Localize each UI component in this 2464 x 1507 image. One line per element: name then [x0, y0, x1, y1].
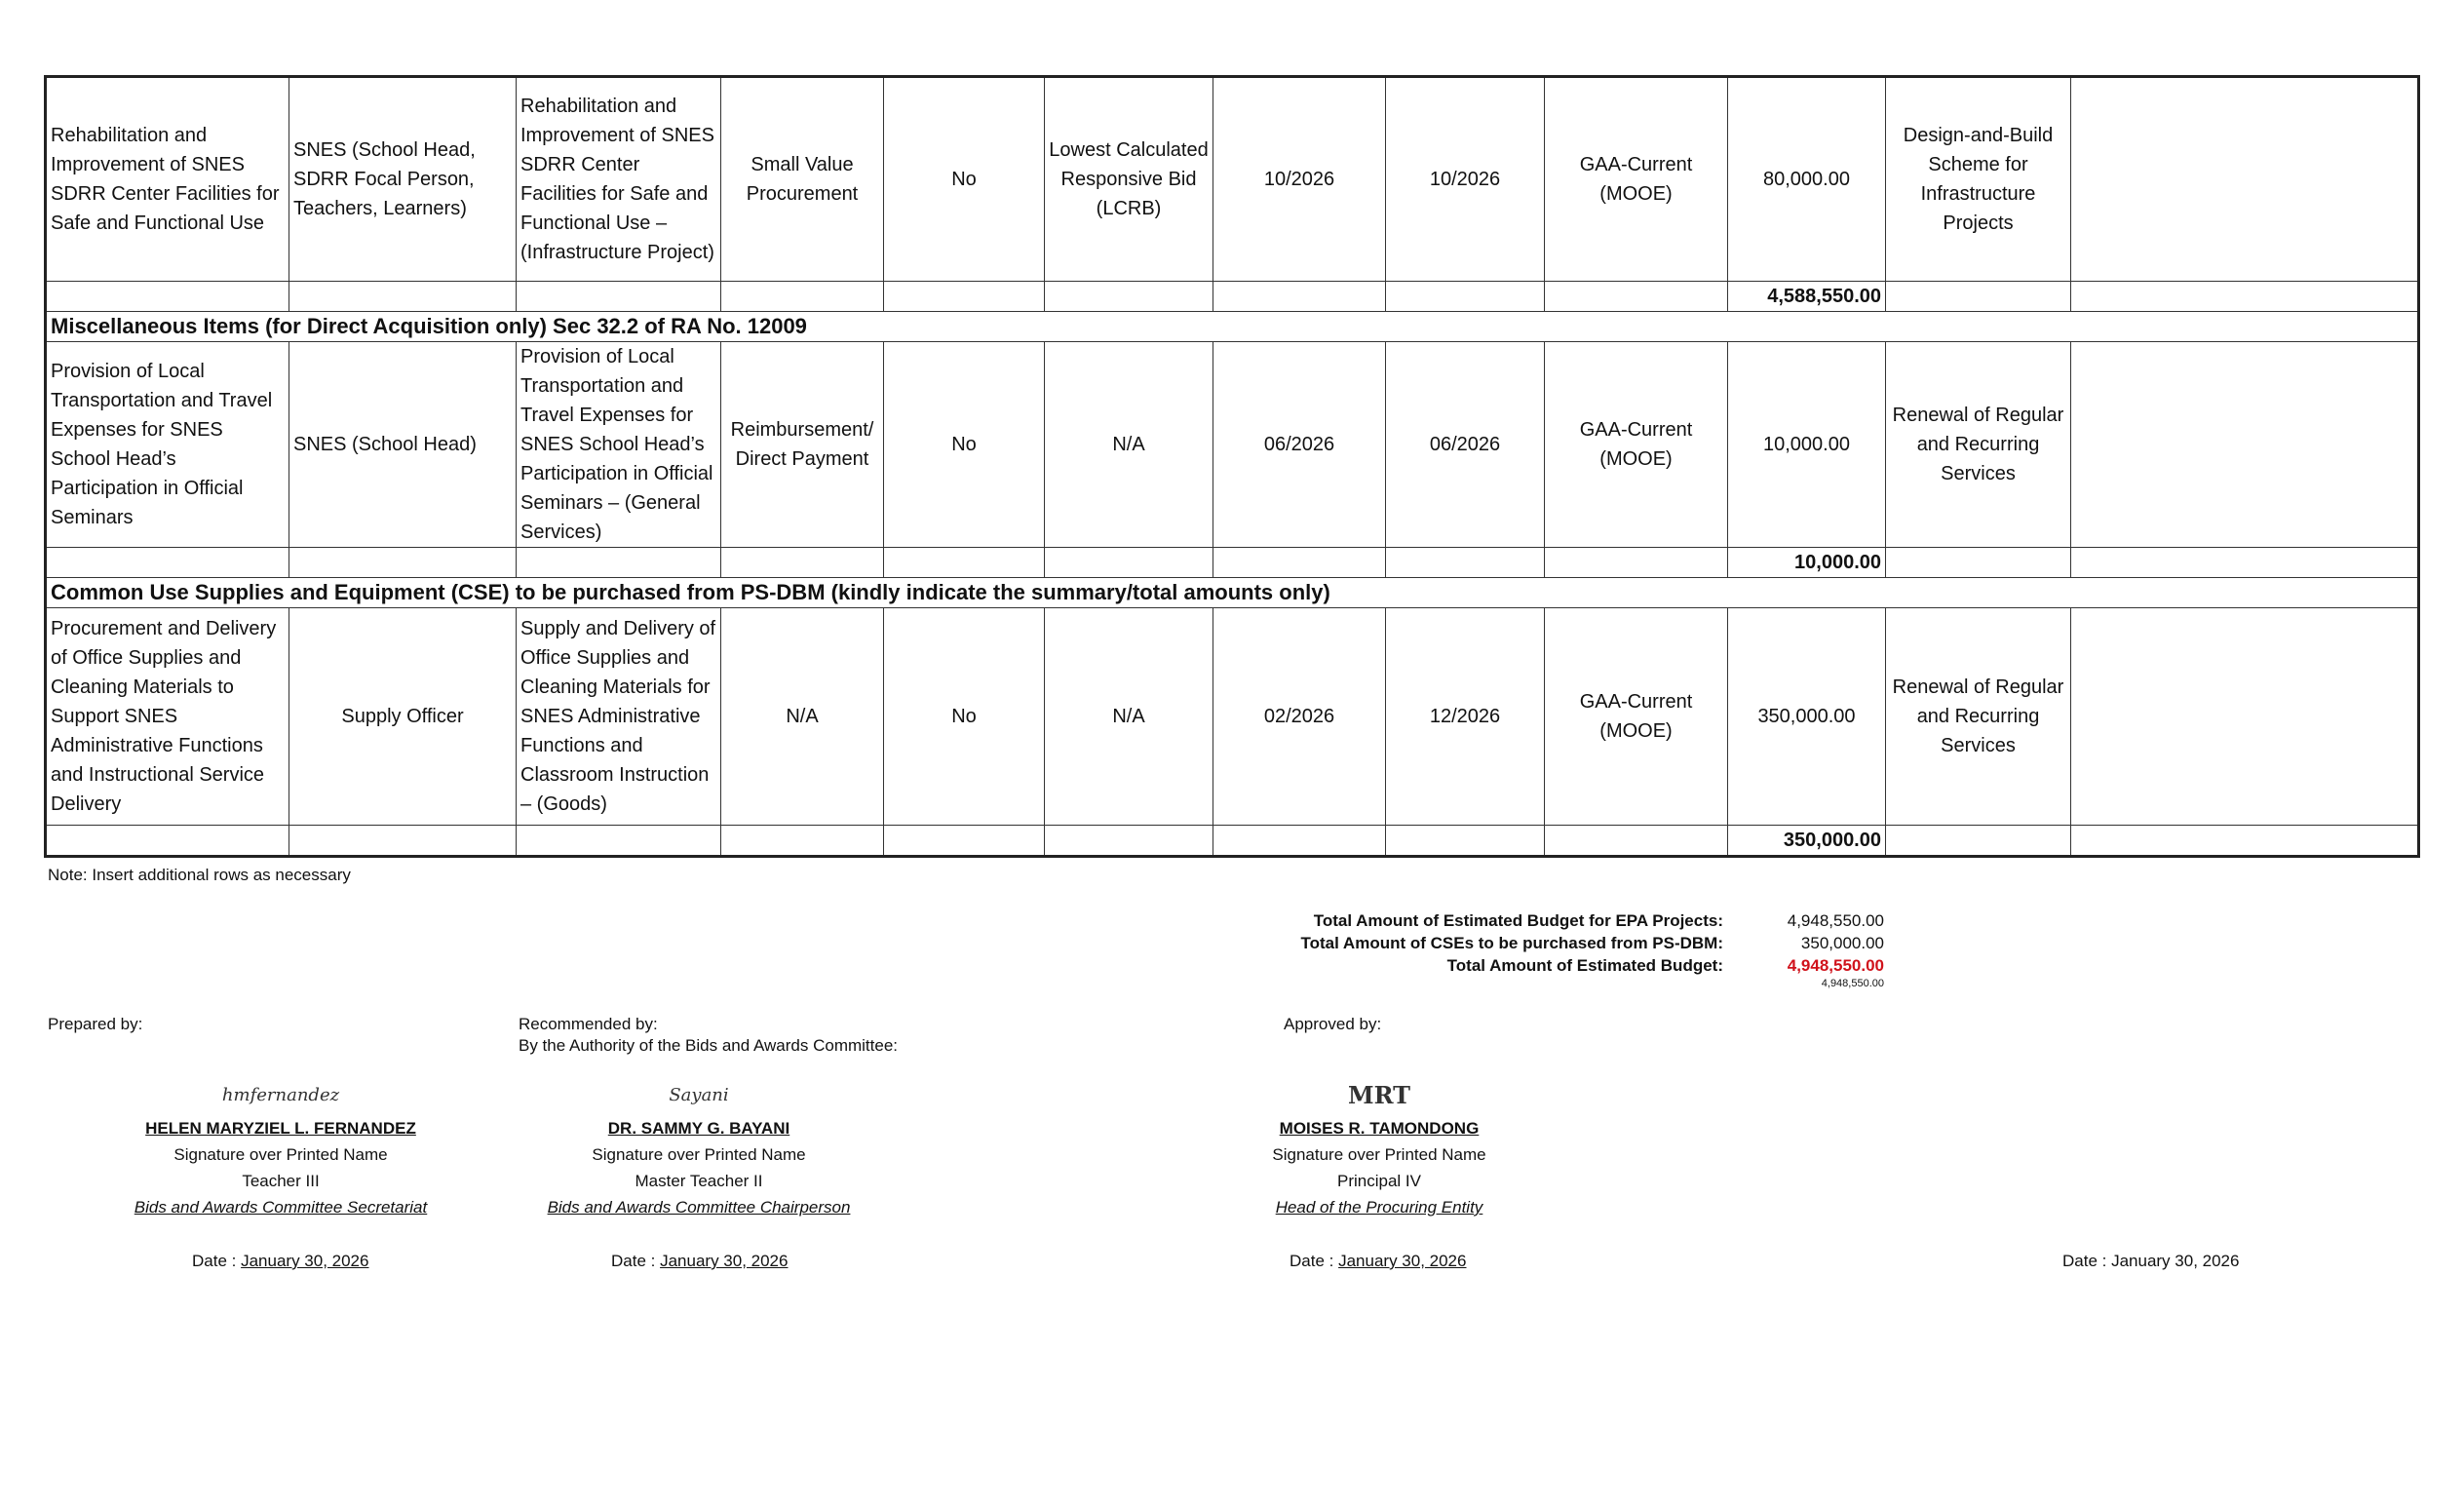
signatory-position: Teacher III — [76, 1168, 485, 1194]
signature-caption: Signature over Printed Name — [1174, 1141, 1584, 1168]
signatory-role: Bids and Awards Committee Chairperson — [494, 1194, 904, 1220]
section-header: Common Use Supplies and Equipment (CSE) … — [46, 578, 2419, 608]
subtotal-row: 10,000.00 — [46, 548, 2419, 578]
cell-description: Provision of Local Transportation and Tr… — [517, 342, 721, 548]
cell-source-funds: GAA-Current (MOOE) — [1545, 608, 1728, 826]
signatory-role: Bids and Awards Committee Secretariat — [76, 1194, 485, 1220]
table-row: Rehabilitation and Improvement of SNES S… — [46, 77, 2419, 282]
table-row: Procurement and Delivery of Office Suppl… — [46, 608, 2419, 826]
cell-remarks: Design-and-Build Scheme for Infrastructu… — [1886, 77, 2071, 282]
cell-budget: 350,000.00 — [1728, 608, 1886, 826]
cell-start: 02/2026 — [1213, 608, 1386, 826]
date-extra: Date : January 30, 2026 — [2062, 1252, 2239, 1271]
recommended-label: Recommended by: — [519, 1014, 658, 1035]
cse-total-label: Total Amount of CSEs to be purchased fro… — [1238, 932, 1723, 954]
cell-budget: 10,000.00 — [1728, 342, 1886, 548]
section-title: Miscellaneous Items (for Direct Acquisit… — [46, 312, 2419, 342]
cell-end: 12/2026 — [1386, 608, 1545, 826]
subtotal-value: 4,588,550.00 — [1728, 282, 1886, 312]
cell-end-user: SNES (School Head, SDRR Focal Person, Te… — [289, 77, 517, 282]
signature-mark: Sayani — [494, 1082, 904, 1115]
cell-remarks: Renewal of Regular and Recurring Service… — [1886, 608, 2071, 826]
signature-caption: Signature over Printed Name — [76, 1141, 485, 1168]
cell-mode: Small Value Procurement — [721, 77, 884, 282]
signature-mark: MRT — [1174, 1082, 1584, 1115]
cell-project: Rehabilitation and Improvement of SNES S… — [46, 77, 289, 282]
prepared-label: Prepared by: — [48, 1014, 142, 1035]
signatory-position: Principal IV — [1174, 1168, 1584, 1194]
cell-extra — [2071, 77, 2419, 282]
cell-source-funds: GAA-Current (MOOE) — [1545, 77, 1728, 282]
cell-project: Procurement and Delivery of Office Suppl… — [46, 608, 289, 826]
cell-end: 10/2026 — [1386, 77, 1545, 282]
cell-budget: 80,000.00 — [1728, 77, 1886, 282]
cell-extra — [2071, 342, 2419, 548]
cell-end-user: Supply Officer — [289, 608, 517, 826]
cell-start: 10/2026 — [1213, 77, 1386, 282]
totals-summary: Total Amount of Estimated Budget for EPA… — [1238, 909, 1884, 990]
subtotal-row: 350,000.00 — [46, 826, 2419, 857]
signature-block-recommended: Sayani DR. SAMMY G. BAYANI Signature ove… — [494, 1082, 904, 1220]
approved-label: Approved by: — [1284, 1014, 1381, 1035]
date-approved: Date : January 30, 2026 — [1290, 1252, 1466, 1271]
grand-total-small: 4,948,550.00 — [1723, 977, 1884, 990]
cell-mode: N/A — [721, 608, 884, 826]
cell-description: Supply and Delivery of Office Supplies a… — [517, 608, 721, 826]
grand-total-label: Total Amount of Estimated Budget: — [1238, 954, 1723, 977]
epa-total-label: Total Amount of Estimated Budget for EPA… — [1238, 909, 1723, 932]
signature-block-prepared: hmfernandez HELEN MARYZIEL L. FERNANDEZ … — [76, 1082, 485, 1220]
signature-block-approved: MRT MOISES R. TAMONDONG Signature over P… — [1174, 1082, 1584, 1220]
signatory-role: Head of the Procuring Entity — [1174, 1194, 1584, 1220]
epa-total-value: 4,948,550.00 — [1723, 909, 1884, 932]
signature-caption: Signature over Printed Name — [494, 1141, 904, 1168]
cell-method: N/A — [1045, 342, 1213, 548]
subtotal-value: 350,000.00 — [1728, 826, 1886, 857]
subtotal-row: 4,588,550.00 — [46, 282, 2419, 312]
cell-extra — [2071, 608, 2419, 826]
cell-start: 06/2026 — [1213, 342, 1386, 548]
cell-description: Rehabilitation and Improvement of SNES S… — [517, 77, 721, 282]
app-table: Rehabilitation and Improvement of SNES S… — [44, 75, 2420, 858]
cell-end-user: SNES (School Head) — [289, 342, 517, 548]
section-title: Common Use Supplies and Equipment (CSE) … — [46, 578, 2419, 608]
cell-method: Lowest Calculated Responsive Bid (LCRB) — [1045, 77, 1213, 282]
signatory-name: DR. SAMMY G. BAYANI — [494, 1115, 904, 1141]
cell-mode: Reimbursement/ Direct Payment — [721, 342, 884, 548]
cell-source-funds: GAA-Current (MOOE) — [1545, 342, 1728, 548]
signatory-name: HELEN MARYZIEL L. FERNANDEZ — [76, 1115, 485, 1141]
signatory-position: Master Teacher II — [494, 1168, 904, 1194]
date-prepared: Date : January 30, 2026 — [192, 1252, 368, 1271]
date-recommended: Date : January 30, 2026 — [611, 1252, 788, 1271]
grand-total-value: 4,948,550.00 — [1723, 954, 1884, 977]
cell-project: Provision of Local Transportation and Tr… — [46, 342, 289, 548]
cell-remarks: Renewal of Regular and Recurring Service… — [1886, 342, 2071, 548]
cell-early-procurement: No — [884, 608, 1045, 826]
cell-early-procurement: No — [884, 342, 1045, 548]
table-note: Note: Insert additional rows as necessar… — [48, 866, 351, 885]
table-row: Provision of Local Transportation and Tr… — [46, 342, 2419, 548]
cell-method: N/A — [1045, 608, 1213, 826]
signatory-name: MOISES R. TAMONDONG — [1174, 1115, 1584, 1141]
cse-total-value: 350,000.00 — [1723, 932, 1884, 954]
cell-early-procurement: No — [884, 77, 1045, 282]
subtotal-value: 10,000.00 — [1728, 548, 1886, 578]
signature-mark: hmfernandez — [76, 1082, 485, 1115]
section-header: Miscellaneous Items (for Direct Acquisit… — [46, 312, 2419, 342]
recommended-sublabel: By the Authority of the Bids and Awards … — [519, 1035, 898, 1057]
cell-end: 06/2026 — [1386, 342, 1545, 548]
